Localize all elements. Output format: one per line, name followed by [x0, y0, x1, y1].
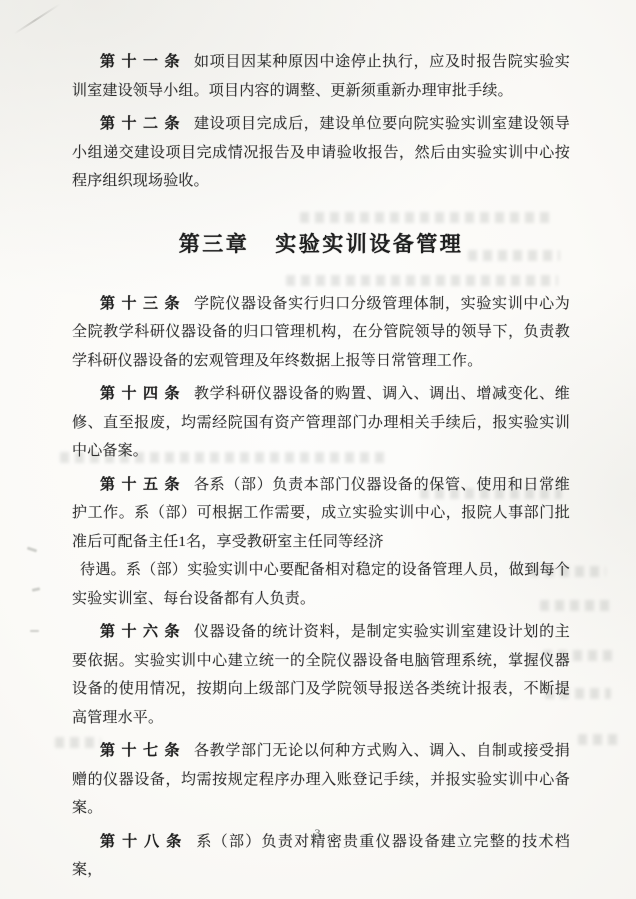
article-number-label: 第十一条	[100, 54, 186, 70]
article-paragraph-17: 第十七条各教学部门无论以何种方式购入、调入、自制或接受捐赠的仪器设备，均需按规定…	[72, 737, 570, 823]
article-paragraph-14: 第十四条教学科研仪器设备的购置、调入、调出、增减变化、维修、直至报废，均需经院国…	[72, 380, 570, 466]
article-text: 待遇。系（部）实验实训中心要配备相对稳定的设备管理人员，做到每个实验实训室、每台…	[72, 562, 570, 607]
article-paragraph-16: 第十六条仪器设备的统计资料，是制定实验实训室建设计划的主要依据。实验实训中心建立…	[72, 618, 570, 732]
article-number-label: 第十六条	[100, 624, 186, 640]
scanned-document-page: 第十一条如项目因某种原因中途停止执行，应及时报告院实验实训室建设领导小组。项目内…	[0, 0, 636, 899]
chapter-number: 第三章	[179, 232, 250, 256]
article-number-label: 第十四条	[100, 386, 186, 402]
article-paragraph-15: 第十五条各系（部）负责本部门仪器设备的保管、使用和日常维护工作。系（部）可根据工…	[72, 471, 570, 557]
article-number-label: 第十五条	[100, 477, 186, 493]
article-number-label: 第十三条	[100, 296, 186, 312]
chapter-title: 实验实训设备管理	[275, 232, 463, 256]
scan-speck-artifact	[27, 547, 37, 553]
scan-speck-artifact	[32, 587, 40, 592]
article-paragraph-13: 第十三条学院仪器设备实行归口分级管理体制，实验实训中心为全院教学科研仪器设备的归…	[72, 290, 570, 376]
article-paragraph-15-continuation: 待遇。系（部）实验实训中心要配备相对稳定的设备管理人员，做到每个实验实训室、每台…	[72, 556, 570, 613]
document-content: 第十一条如项目因某种原因中途停止执行，应及时报告院实验实训室建设领导小组。项目内…	[72, 48, 570, 890]
article-number-label: 第十七条	[100, 743, 186, 759]
scan-speck-artifact	[30, 630, 39, 632]
article-paragraph-11: 第十一条如项目因某种原因中途停止执行，应及时报告院实验实训室建设领导小组。项目内…	[72, 48, 570, 105]
article-number-label: 第十二条	[100, 116, 186, 132]
bleed-through-artifact	[578, 734, 620, 745]
page-fold-artifact	[14, 3, 60, 34]
article-paragraph-12: 第十二条建设项目完成后，建设单位要向院实验实训室建设领导小组递交建设项目完成情况…	[72, 110, 570, 196]
chapter-heading: 第三章实验实训设备管理	[72, 228, 570, 260]
page-number: 3	[0, 826, 636, 841]
